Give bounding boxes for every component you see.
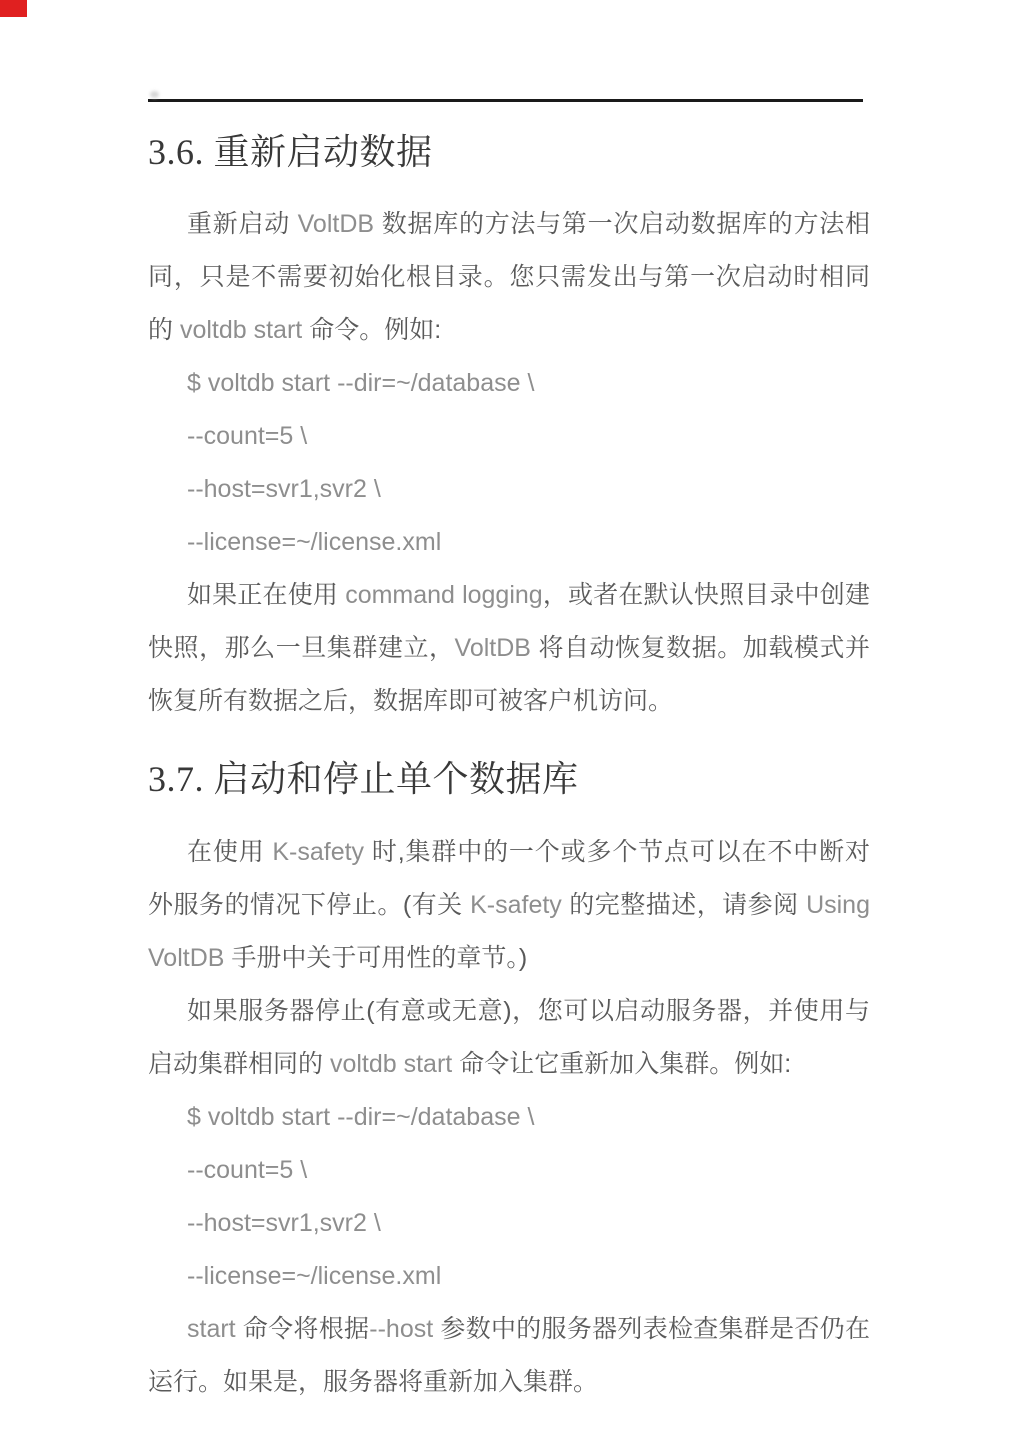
- smudge-artifact: [150, 91, 159, 98]
- inline-term: K-safety: [470, 891, 569, 919]
- text-run: 手册中关于可用性的章节。): [231, 944, 527, 972]
- code-line: $ voltdb start --dir=~/database \: [148, 357, 870, 410]
- text-run: 命令将根据: [243, 1315, 369, 1343]
- inline-command: start: [187, 1315, 243, 1343]
- horizontal-rule: [148, 99, 863, 102]
- code-line: --count=5 \: [148, 1144, 870, 1197]
- inline-command: --host: [369, 1315, 440, 1343]
- text-run: 的完整描述，请参阅: [569, 891, 806, 919]
- inline-term: VoltDB: [455, 634, 539, 662]
- inline-term: VoltDB: [298, 210, 382, 238]
- text-run: 在使用: [187, 838, 272, 866]
- code-line: --host=svr1,svr2 \: [148, 463, 870, 516]
- page-corner-marker: [0, 0, 27, 17]
- document-page: 3.6. 重新启动数据 重新启动 VoltDB 数据库的方法与第一次启动数据库的…: [148, 99, 870, 1409]
- code-line: --license=~/license.xml: [148, 516, 870, 569]
- inline-command: voltdb start: [180, 316, 309, 344]
- section-divider: [148, 99, 870, 102]
- code-line: $ voltdb start --dir=~/database \: [148, 1091, 870, 1144]
- inline-term: command logging: [345, 581, 543, 609]
- paragraph-ksafety: 在使用 K-safety 时,集群中的一个或多个节点可以在不中断对外服务的情况下…: [148, 826, 870, 985]
- text-run: 命令让它重新加入集群。例如:: [459, 1050, 791, 1078]
- inline-command: voltdb start: [330, 1050, 459, 1078]
- code-line: --license=~/license.xml: [148, 1250, 870, 1303]
- paragraph-rejoin: start 命令将根据--host 参数中的服务器列表检查集群是否仍在运行。如果…: [148, 1303, 870, 1409]
- text-run: 重新启动: [187, 210, 298, 238]
- text-run: 如果正在使用: [187, 581, 345, 609]
- paragraph-server-stop: 如果服务器停止(有意或无意)，您可以启动服务器，并使用与启动集群相同的 volt…: [148, 985, 870, 1091]
- paragraph-restart-intro: 重新启动 VoltDB 数据库的方法与第一次启动数据库的方法相同，只是不需要初始…: [148, 198, 870, 357]
- inline-term: K-safety: [272, 838, 372, 866]
- section-heading-36: 3.6. 重新启动数据: [148, 133, 870, 171]
- code-line: --count=5 \: [148, 410, 870, 463]
- paragraph-command-logging: 如果正在使用 command logging，或者在默认快照目录中创建快照，那么…: [148, 569, 870, 728]
- code-line: --host=svr1,svr2 \: [148, 1197, 870, 1250]
- section-heading-37: 3.7. 启动和停止单个数据库: [148, 760, 870, 798]
- text-run: 命令。例如:: [309, 316, 441, 344]
